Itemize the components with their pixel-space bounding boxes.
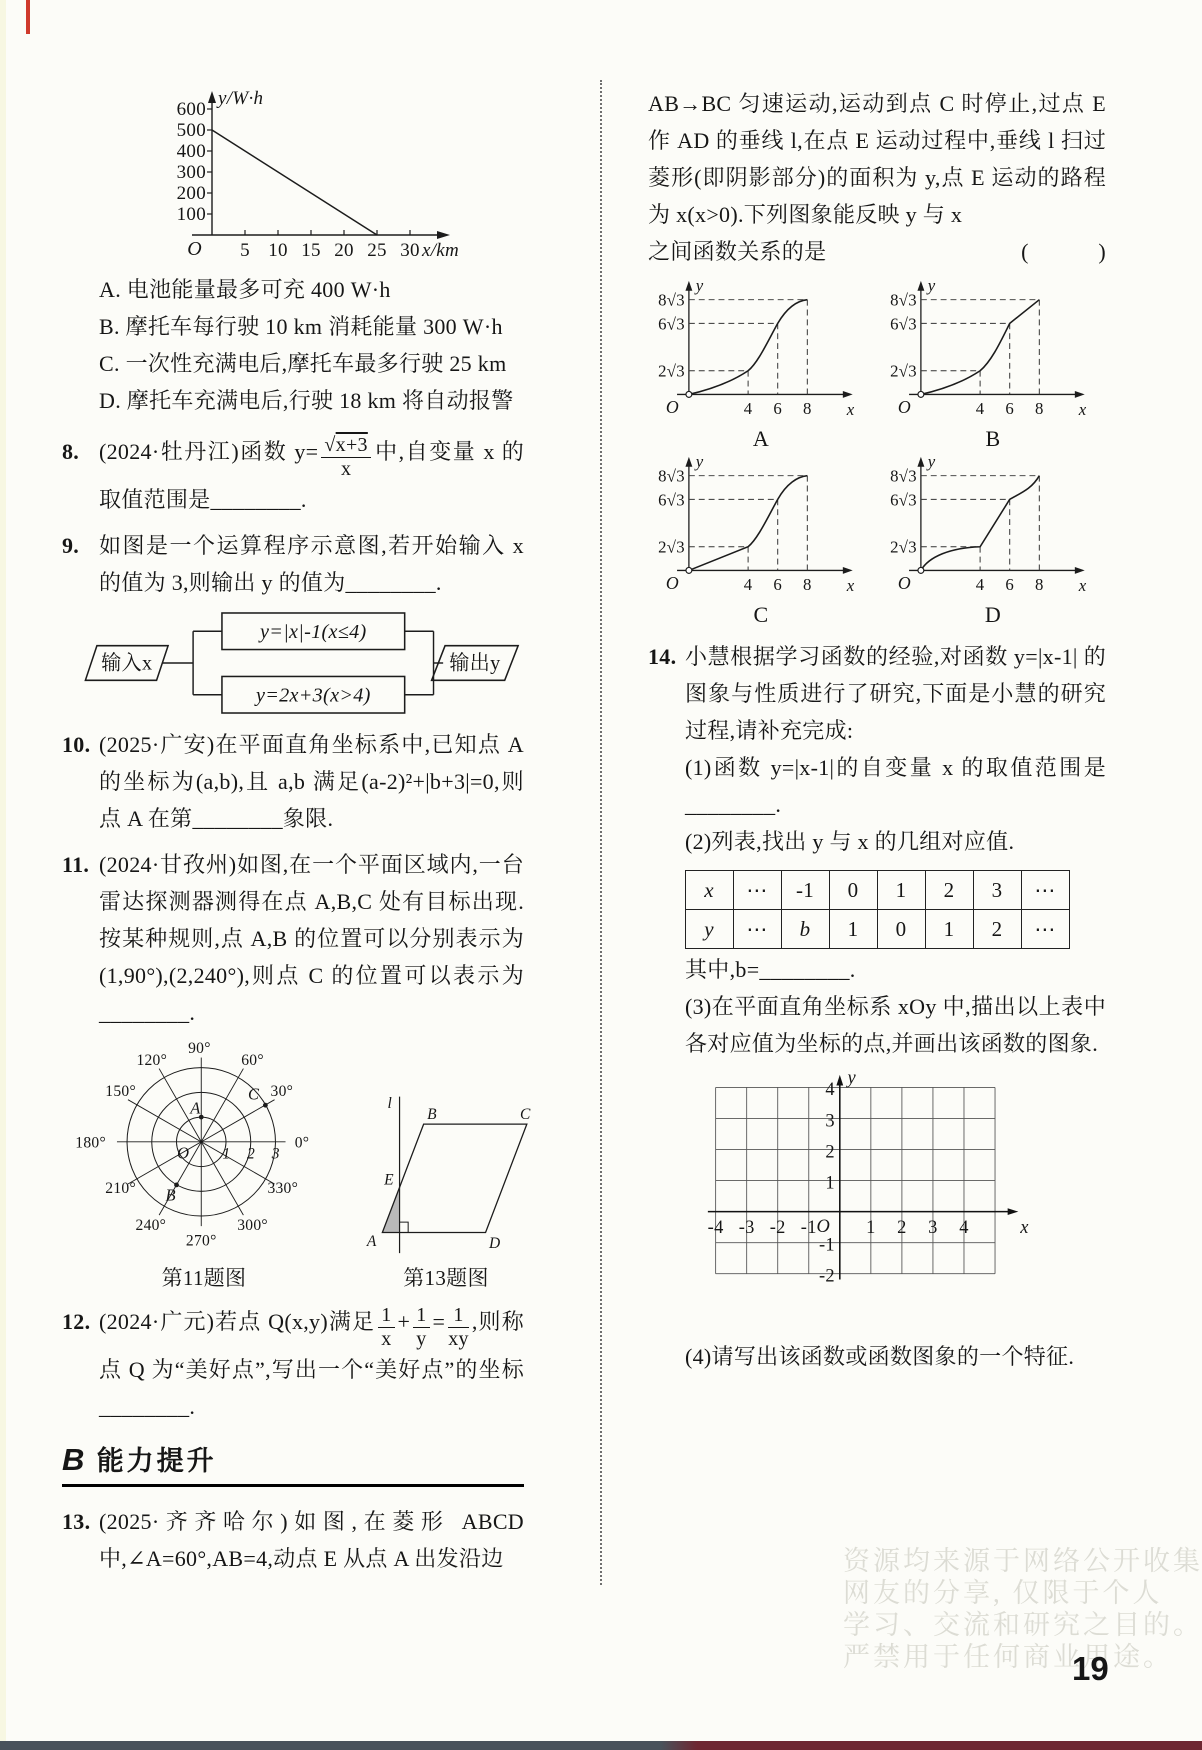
watermark: 资源均来源于网络公开收集及 网友的分享, 仅限于个人 学习、交流和研究之目的。 … [843, 1545, 1202, 1673]
q12-fraction-2: 1y [413, 1304, 429, 1351]
coordinate-grid: -4-3 -2-1 12 34 43 21 -1-2 O x y [696, 1070, 1036, 1330]
svg-text:300°: 300° [237, 1217, 268, 1234]
cell-x-1: 1 [877, 871, 925, 910]
section-b-header: B 能力提升 [62, 1445, 524, 1487]
flow-output-label: 输出y [449, 652, 501, 675]
svg-text:O: O [898, 397, 911, 417]
option-graphs-grid: 8√36√32√3 468 O y x A [648, 276, 1106, 628]
question-11: 11. (2024·甘孜州)如图,在一个平面区域内,一台雷达探测器测得在点 A,… [62, 846, 524, 1031]
svg-text:8: 8 [1035, 575, 1044, 594]
flow-input-label: 输入x [101, 652, 152, 675]
watermark-line-2: 网友的分享, 仅限于个人 [843, 1577, 1202, 1609]
y-axis-arrow [208, 91, 216, 103]
graph-c-plot: 8√36√32√3 468 O y x [648, 452, 864, 602]
svg-text:8: 8 [803, 399, 812, 418]
graph-d-plot: 8√36√32√3 468 O y x [880, 452, 1096, 602]
question-14-sub2: (2)列表,找出 y 与 x 的几组对应值. [648, 823, 1106, 860]
origin-label: O [187, 238, 202, 260]
question-13-number: 13. [62, 1503, 90, 1540]
svg-text:8√3: 8√3 [658, 291, 685, 310]
point-a-label: A [189, 1098, 201, 1117]
svg-text:500: 500 [177, 120, 206, 141]
question-14: 14. 小慧根据学习函数的经验,对函数 y=|x-1| 的图象与性质进行了研究,… [648, 638, 1106, 749]
radar-polar-diagram: 0° 30° 60° 90° 120° 150° 180° 210° 240° … [62, 1041, 346, 1261]
red-corner-mark [26, 0, 30, 34]
xy-value-table: x ⋯ -1 0 1 2 3 ⋯ y ⋯ b 1 0 1 2 ⋯ [685, 870, 1070, 949]
question-8-text-1: (2024·牡丹江)函数 y= [99, 439, 318, 464]
question7-options: A. 电池能量最多可充 400 W·h B. 摩托车每行驶 10 km 消耗能量… [62, 271, 524, 419]
right-angle-mark [400, 1222, 409, 1232]
flow-branch2-label: y=2x+3(x>4) [254, 684, 371, 706]
question-13-text: (2025·齐齐哈尔)如图,在菱形 ABCD 中,∠A=60°,AB=4,动点 … [99, 1509, 524, 1571]
question-10: 10. (2025·广安)在平面直角坐标系中,已知点 A 的坐标为(a,b),且… [62, 726, 524, 837]
q12-fraction-1: 1x [378, 1304, 394, 1351]
svg-text:8√3: 8√3 [890, 291, 917, 310]
graph-c-label: C [648, 602, 874, 628]
svg-text:6√3: 6√3 [658, 490, 685, 509]
graph-a-plot: 8√36√32√3 468 O y x [648, 276, 864, 426]
watermark-line-1: 资源均来源于网络公开收集及 [843, 1545, 1202, 1577]
svg-text:-2: -2 [819, 1265, 835, 1285]
cell-y-ellipsis-left: ⋯ [733, 910, 781, 949]
table-row-x: x ⋯ -1 0 1 2 3 ⋯ [685, 871, 1069, 910]
svg-text:4: 4 [959, 1217, 969, 1237]
svg-text:60°: 60° [241, 1052, 264, 1069]
option-a: A. 电池能量最多可充 400 W·h [99, 271, 524, 308]
svg-text:4: 4 [744, 399, 753, 418]
radar-figure: 0° 30° 60° 90° 120° 150° 180° 210° 240° … [62, 1041, 346, 1291]
question-11-text: (2024·甘孜州)如图,在一个平面区域内,一台雷达探测器测得在点 A,B,C … [99, 852, 524, 1025]
curve-d [921, 476, 1039, 571]
curve-a [689, 300, 807, 395]
svg-text:2√3: 2√3 [890, 362, 917, 381]
svg-text:6: 6 [1005, 399, 1014, 418]
svg-text:270°: 270° [186, 1232, 217, 1249]
svg-text:15: 15 [301, 240, 321, 261]
scan-edge-strip [0, 0, 6, 1750]
svg-text:O: O [898, 573, 911, 593]
svg-text:400: 400 [177, 141, 206, 162]
svg-text:3: 3 [825, 1110, 835, 1130]
bottom-bar [0, 1741, 1202, 1750]
watermark-line-4: 严禁用于任何商业用途。 [843, 1641, 1202, 1673]
question-14-number: 14. [648, 638, 676, 675]
table-row-y: y ⋯ b 1 0 1 2 ⋯ [685, 910, 1069, 949]
section-b-title: 能力提升 [97, 1446, 217, 1476]
svg-text:150°: 150° [105, 1083, 136, 1100]
svg-text:-1: -1 [801, 1217, 817, 1237]
svg-text:4: 4 [825, 1079, 835, 1099]
svg-text:6: 6 [773, 399, 782, 418]
question-10-text: (2025·广安)在平面直角坐标系中,已知点 A 的坐标为(a,b),且 a,b… [99, 732, 524, 831]
svg-text:600: 600 [177, 99, 206, 120]
point-c-label: C [248, 1085, 260, 1104]
svg-text:1: 1 [866, 1217, 876, 1237]
left-column: 600 500 400 300 200 100 5 10 15 20 25 30… [62, 85, 524, 1577]
svg-text:O: O [666, 573, 679, 593]
svg-text:x: x [846, 400, 855, 419]
grid-origin-label: O [816, 1216, 830, 1236]
coordinate-grid-figure: -4-3 -2-1 12 34 43 21 -1-2 O x y [696, 1070, 1106, 1330]
svg-text:100: 100 [177, 204, 206, 225]
question-12-text-1: (2024·广元)若点 Q(x,y)满足 [99, 1309, 375, 1334]
answer-bracket: ( ) [1021, 233, 1106, 270]
radar-figure-caption: 第11题图 [62, 1265, 346, 1291]
polar-origin-label: O [177, 1143, 189, 1162]
vertex-a-label: A [366, 1233, 377, 1250]
svg-text:y: y [926, 452, 936, 471]
question-13: 13. (2025·齐齐哈尔)如图,在菱形 ABCD 中,∠A=60°,AB=4… [62, 1503, 524, 1577]
svg-text:6√3: 6√3 [658, 314, 685, 333]
svg-text:20: 20 [334, 240, 354, 261]
grid-x-arrow [1008, 1208, 1019, 1215]
cell-x-3: 3 [973, 871, 1021, 910]
option-b: B. 摩托车每行驶 10 km 消耗能量 300 W·h [99, 308, 524, 345]
question-14-sub4: (4)请写出该函数或函数图象的一个特征. [648, 1338, 1106, 1375]
rhombus-figure-caption: 第13题图 [360, 1265, 532, 1291]
y-tick-labels: 600 500 400 300 200 100 [177, 99, 206, 225]
svg-text:6√3: 6√3 [890, 314, 917, 333]
cell-y-header: y [685, 910, 733, 949]
svg-text:1: 1 [825, 1172, 835, 1192]
right-column: AB→BC 匀速运动,运动到点 C 时停止,过点 E 作 AD 的垂线 l,在点… [648, 85, 1106, 1375]
equals-sign: = [433, 1309, 446, 1334]
cell-x-ellipsis-left: ⋯ [733, 871, 781, 910]
section-b-letter: B [62, 1445, 85, 1475]
question-9: 9. 如图是一个运算程序示意图,若开始输入 x 的值为 3,则输出 y 的值为_… [62, 527, 524, 601]
polar-rays [117, 1058, 286, 1227]
point-b-label: B [166, 1185, 176, 1204]
question-9-text: 如图是一个运算程序示意图,若开始输入 x 的值为 3,则输出 y 的值为____… [99, 533, 524, 595]
cell-x-2: 2 [925, 871, 973, 910]
option-c: C. 一次性充满电后,摩托车最多行驶 25 km [99, 345, 524, 382]
svg-text:300: 300 [177, 162, 206, 183]
cell-y-b: b [781, 910, 829, 949]
cell-y-0: 0 [877, 910, 925, 949]
cell-y-1: 1 [829, 910, 877, 949]
svg-text:O: O [666, 397, 679, 417]
grid-y-labels: 43 21 -1-2 [819, 1079, 835, 1285]
left-figures-row: 0° 30° 60° 90° 120° 150° 180° 210° 240° … [62, 1041, 524, 1291]
cell-x-header: x [685, 871, 733, 910]
svg-text:-4: -4 [708, 1217, 724, 1237]
grid-y-axis-label: y [846, 1070, 857, 1088]
workbook-page: 600 500 400 300 200 100 5 10 15 20 25 30… [0, 0, 1202, 1750]
grid-axes [708, 1080, 1013, 1280]
option-graph-a: 8√36√32√3 468 O y x A [648, 276, 874, 452]
option-d: D. 摩托车充满电后,行驶 18 km 将自动报警 [99, 382, 524, 419]
question-11-number: 11. [62, 846, 89, 883]
svg-text:2√3: 2√3 [890, 538, 917, 557]
svg-text:330°: 330° [267, 1180, 298, 1197]
option-graph-b: 8√36√32√3 468 O y x B [880, 276, 1106, 452]
svg-text:8√3: 8√3 [658, 467, 685, 486]
vertex-c-label: C [520, 1106, 531, 1123]
point-e-label: E [383, 1171, 394, 1188]
graph-b-label: B [880, 426, 1106, 452]
question-12-number: 12. [62, 1303, 90, 1340]
flow-branch1-label: y=|x|-1(x≤4) [258, 621, 367, 643]
graph-a-label: A [648, 426, 874, 452]
svg-text:180°: 180° [75, 1134, 106, 1151]
vertex-d-label: D [488, 1235, 500, 1252]
question-14-sub1: (1)函数 y=|x-1|的自变量 x 的取值范围是________. [648, 749, 1106, 823]
svg-text:y: y [926, 276, 936, 295]
rhombus-figure: l B C D A E 第13题图 [360, 1093, 532, 1291]
svg-text:2√3: 2√3 [658, 538, 685, 557]
cell-x-0: 0 [829, 871, 877, 910]
svg-text:-2: -2 [770, 1217, 786, 1237]
guide-lines [689, 300, 807, 395]
svg-text:200: 200 [177, 183, 206, 204]
battery-energy-chart: 600 500 400 300 200 100 5 10 15 20 25 30… [162, 85, 470, 267]
svg-text:y: y [694, 452, 704, 471]
option-graph-c: 8√36√32√3 468 O y x C [648, 452, 874, 628]
q12-fraction-3: 1xy [448, 1304, 469, 1351]
question-13-answer-line: 之间函数关系的是 ( ) [648, 233, 1106, 270]
svg-text:-3: -3 [739, 1217, 755, 1237]
curve-b [921, 300, 1039, 395]
question-14-text: 小慧根据学习函数的经验,对函数 y=|x-1| 的图象与性质进行了研究,下面是小… [685, 644, 1106, 743]
svg-text:6: 6 [1005, 575, 1014, 594]
svg-text:210°: 210° [105, 1180, 136, 1197]
cell-y-1b: 1 [925, 910, 973, 949]
svg-text:2: 2 [247, 1145, 255, 1162]
svg-text:4: 4 [976, 575, 985, 594]
question-8-fraction: √x+3x [321, 434, 370, 481]
question-8: 8. (2024·牡丹江)函数 y=√x+3x中,自变量 x 的取值范围是___… [62, 433, 524, 518]
svg-text:2√3: 2√3 [658, 362, 685, 381]
grid-y-arrow [836, 1075, 843, 1086]
svg-text:6√3: 6√3 [890, 490, 917, 509]
svg-text:0°: 0° [295, 1134, 310, 1151]
option-graph-d: 8√36√32√3 468 O y x D [880, 452, 1106, 628]
svg-text:2: 2 [897, 1217, 907, 1237]
question-8-number: 8. [62, 433, 79, 470]
svg-text:4: 4 [744, 575, 753, 594]
page-number: 19 [1072, 1650, 1109, 1688]
svg-text:30: 30 [400, 240, 420, 261]
svg-text:3: 3 [928, 1217, 938, 1237]
svg-text:5: 5 [240, 240, 250, 261]
svg-text:2: 2 [825, 1141, 835, 1161]
x-ticks [245, 230, 410, 235]
grid-x-labels: -4-3 -2-1 12 34 [708, 1217, 969, 1237]
svg-text:90°: 90° [188, 1041, 211, 1057]
svg-text:8: 8 [803, 575, 812, 594]
graph-b-plot: 8√36√32√3 468 O y x [880, 276, 1096, 426]
question-9-number: 9. [62, 527, 79, 564]
question-13-continuation: AB→BC 匀速运动,运动到点 C 时停止,过点 E 作 AD 的垂线 l,在点… [648, 85, 1106, 233]
svg-text:x: x [1078, 576, 1087, 595]
cell-x-ellipsis-right: ⋯ [1021, 871, 1069, 910]
svg-text:30°: 30° [271, 1083, 294, 1100]
discharge-line [212, 130, 377, 235]
question-12: 12. (2024·广元)若点 Q(x,y)满足1x+1y=1xy,则称点 Q … [62, 1303, 524, 1425]
column-divider [600, 80, 602, 1585]
svg-text:-1: -1 [819, 1234, 835, 1254]
guide-lines [689, 476, 807, 571]
question-13-continuation-2: 之间函数关系的是 [648, 233, 826, 270]
y-axis-label: y/W·h [216, 88, 263, 109]
svg-text:240°: 240° [136, 1217, 167, 1234]
x-axis-arrow [437, 231, 450, 239]
svg-text:25: 25 [367, 240, 387, 261]
x-axis-label: x/km [421, 240, 459, 261]
program-flowchart-figure: 输入x y=|x|-1(x≤4) y=2x+3(x>4) 输出y [70, 609, 524, 717]
polar-ring-numbers: 1 2 3 [222, 1145, 280, 1162]
y-ticks [207, 109, 212, 214]
curve-c [689, 476, 807, 571]
battery-chart-figure: 600 500 400 300 200 100 5 10 15 20 25 30… [162, 85, 524, 267]
svg-text:120°: 120° [136, 1052, 167, 1069]
vertex-b-label: B [427, 1106, 437, 1123]
svg-text:10: 10 [268, 240, 288, 261]
svg-text:6: 6 [773, 575, 782, 594]
watermark-line-3: 学习、交流和研究之目的。 [843, 1609, 1202, 1641]
rhombus-outline [382, 1124, 526, 1232]
question-14-sub3: (3)在平面直角坐标系 xOy 中,描出以上表中各对应值为坐标的点,并画出该函数… [648, 988, 1106, 1062]
fraction-numerator: √x+3 [321, 434, 370, 458]
fraction-denominator: x [321, 458, 370, 481]
svg-text:4: 4 [976, 399, 985, 418]
rhombus-diagram: l B C D A E [360, 1093, 532, 1261]
grid-x-axis-label: x [1019, 1217, 1029, 1237]
chart-axes [192, 97, 444, 235]
svg-text:3: 3 [271, 1145, 280, 1162]
question-14-b-blank: 其中,b=________. [648, 951, 1106, 988]
svg-text:y: y [694, 276, 704, 295]
svg-text:x: x [1078, 400, 1087, 419]
cell-y-ellipsis-right: ⋯ [1021, 910, 1069, 949]
question-10-number: 10. [62, 726, 90, 763]
plus-sign: + [398, 1309, 411, 1334]
svg-text:x: x [846, 576, 855, 595]
cell-x-m1: -1 [781, 871, 829, 910]
svg-text:1: 1 [222, 1145, 230, 1162]
cell-y-2: 2 [973, 910, 1021, 949]
line-l-label: l [388, 1095, 393, 1112]
x-tick-labels: 5 10 15 20 25 30 [240, 240, 420, 261]
program-flowchart: 输入x y=|x|-1(x≤4) y=2x+3(x>4) 输出y [70, 609, 522, 717]
svg-text:8: 8 [1035, 399, 1044, 418]
graph-d-label: D [880, 602, 1106, 628]
grid-lines [716, 1087, 995, 1273]
svg-text:8√3: 8√3 [890, 467, 917, 486]
